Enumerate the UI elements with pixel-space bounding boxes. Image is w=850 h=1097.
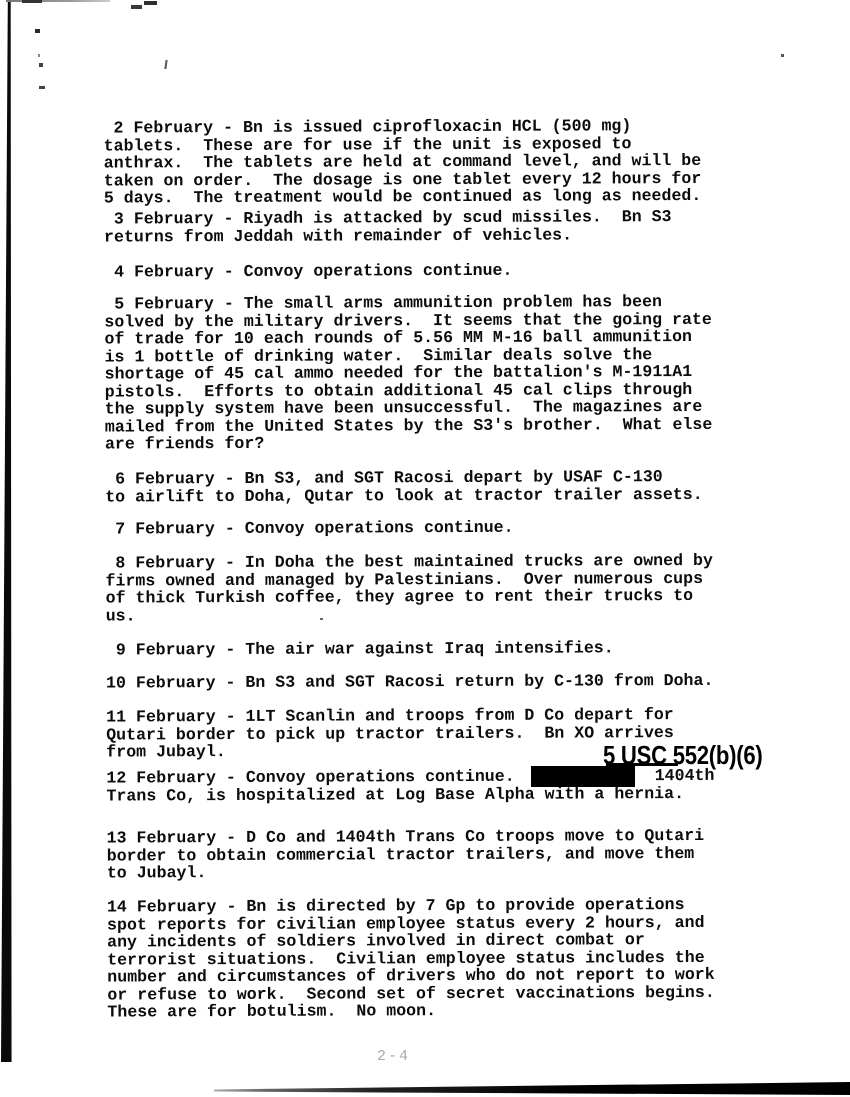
document-text: 2 February - Bn is issued ciprofloxacin … — [0, 0, 850, 1097]
log-entry-2-feb: 2 February - Bn is issued ciprofloxacin … — [104, 117, 702, 207]
log-entry-10-feb: 10 February - Bn S3 and SGT Racosi retur… — [106, 672, 714, 692]
foia-exemption-stamp-underline — [606, 763, 678, 766]
log-entry-11-feb: 11 February - 1LT Scanlin and troops fro… — [106, 706, 674, 761]
log-entry-5-feb: 5 February - The small arms ammunition p… — [104, 293, 712, 453]
log-entry-4-feb: 4 February - Convoy operations continue. — [104, 262, 512, 281]
log-entry-6-feb: 6 February - Bn S3, and SGT Racosi depar… — [105, 468, 703, 506]
log-entry-8-feb: 8 February - In Doha the best maintained… — [105, 552, 713, 625]
log-entry-3-feb: 3 February - Riyadh is attacked by scud … — [104, 208, 672, 245]
log-entry-14-feb: 14 February - Bn is directed by 7 Gp to … — [107, 896, 715, 1021]
log-entry-13-feb: 13 February - D Co and 1404th Trans Co t… — [107, 827, 705, 882]
page-number: 2-4 — [377, 1048, 410, 1065]
log-entry-7-feb: 7 February - Convoy operations continue. — [105, 519, 513, 538]
log-entry-9-feb: 9 February - The air war against Iraq in… — [106, 639, 614, 659]
document-page: 2 February - Bn is issued ciprofloxacin … — [0, 0, 850, 1097]
